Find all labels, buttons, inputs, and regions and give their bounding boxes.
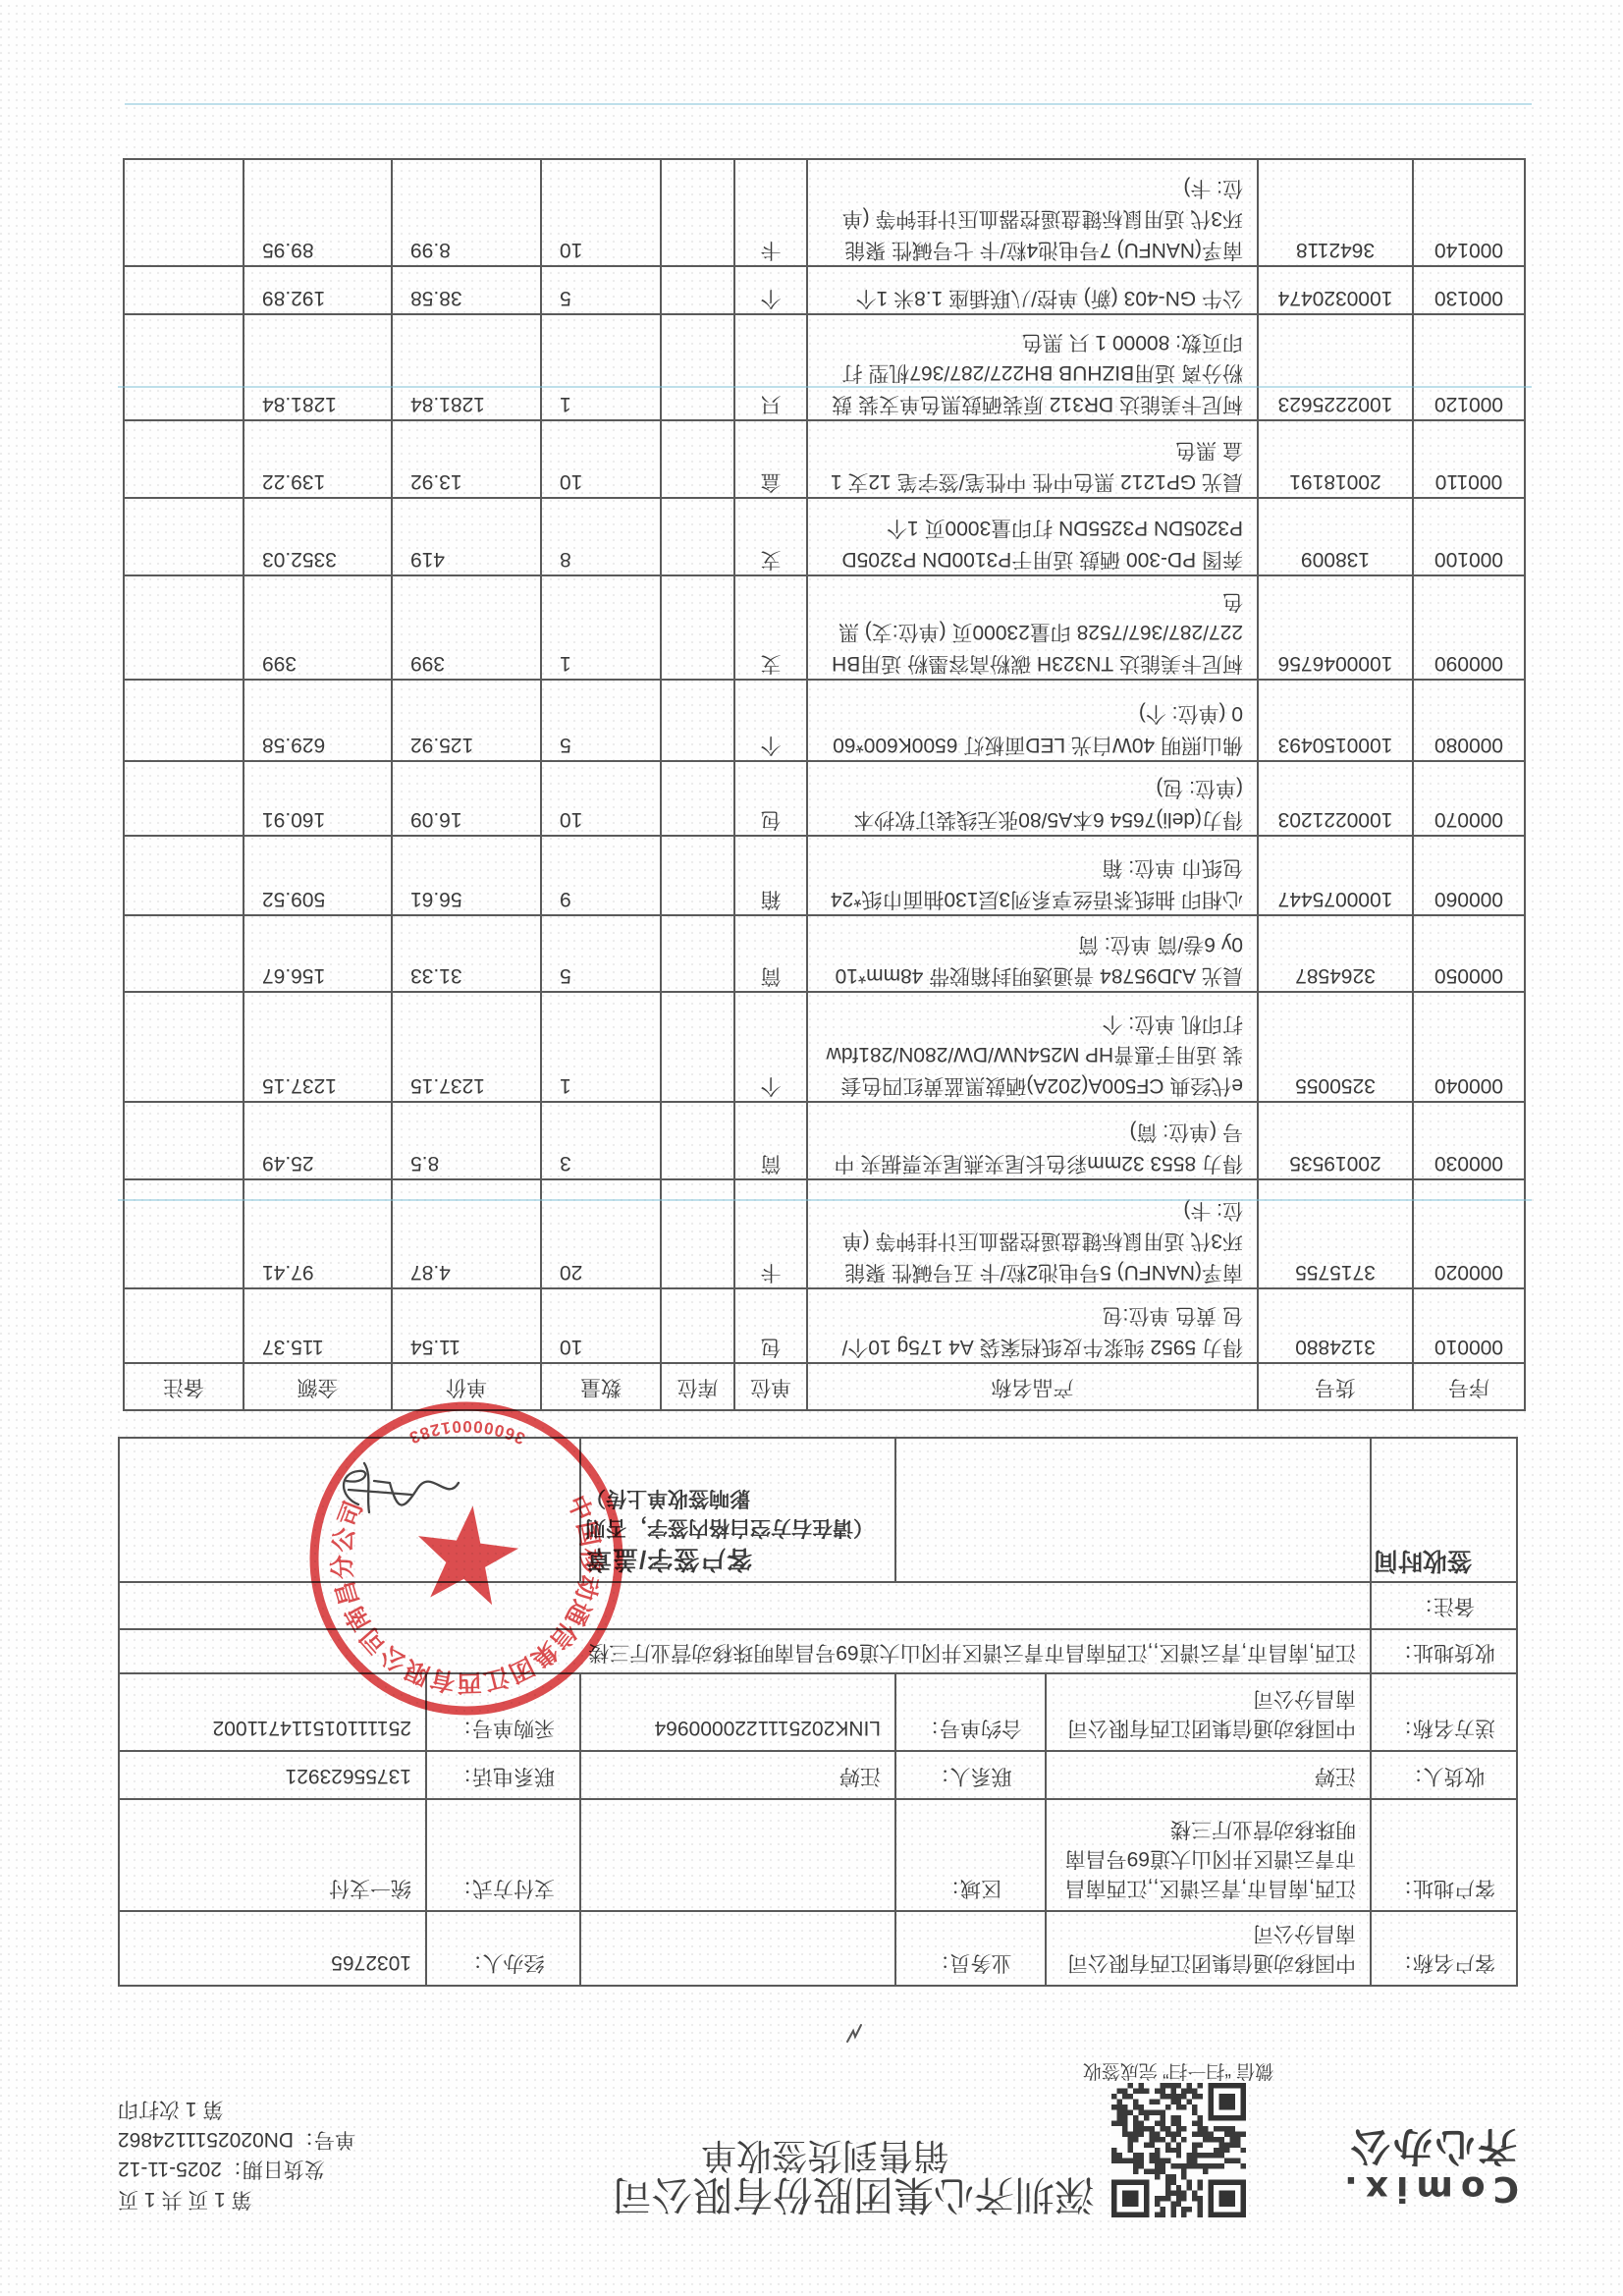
item-no: 000060	[1413, 836, 1525, 915]
item-name: 公牛 GN-403 (新) 单控/八联插座 1.8米 1个	[807, 266, 1258, 314]
phone-label: 联系电话：	[426, 1751, 580, 1799]
item-note	[124, 915, 243, 992]
item-row: 0000203715755南孚(NANFU) 5号电池2粒/卡 五号碱性 聚能环…	[124, 1179, 1525, 1288]
ship-to-label: 送方名称：	[1371, 1673, 1517, 1751]
item-no: 000140	[1413, 159, 1525, 266]
contact-label: 联系人：	[895, 1751, 1046, 1799]
item-row: 0000503264587晨光 AJD95784 普通透明封箱胶带 48mm*1…	[124, 915, 1525, 992]
item-quantity: 5	[541, 680, 661, 761]
comix-logo-chinese: 齐心办公	[1348, 2125, 1517, 2166]
item-unit-price: 125.92	[392, 680, 541, 761]
item-quantity: 1	[541, 314, 661, 420]
item-no: 000090	[1413, 575, 1525, 680]
item-unit: 盒	[734, 420, 807, 498]
item-unit-price: 11.54	[392, 1288, 541, 1363]
item-unit: 包	[734, 1288, 807, 1363]
item-sku: 3250055	[1258, 992, 1413, 1102]
customer-address-value: 江西,南昌市,青云谱区,,江西南昌市青云谱区井冈山大道69号昌南明珠移动营业厅三…	[1046, 1799, 1371, 1911]
item-location	[661, 159, 734, 266]
item-unit-price: 419	[392, 498, 541, 575]
item-note	[124, 575, 243, 680]
item-name: e代经典 CF500A(202A)硒鼓黑蓝黄红四色套装 适用于惠普HP M254…	[807, 992, 1258, 1102]
salesperson-value	[580, 1911, 895, 1986]
column-header-unit: 单位	[734, 1363, 807, 1410]
item-unit: 只	[734, 314, 807, 420]
item-quantity: 8	[541, 498, 661, 575]
item-amount: 115.37	[243, 1288, 392, 1363]
item-amount: 25.49	[243, 1102, 392, 1179]
item-unit: 卡	[734, 1179, 807, 1288]
column-header-note: 备注	[124, 1363, 243, 1410]
pen-mark-icon	[843, 2021, 865, 2045]
item-note	[124, 1179, 243, 1288]
item-unit-price: 31.33	[392, 915, 541, 992]
item-no: 000020	[1413, 1179, 1525, 1288]
item-location	[661, 761, 734, 836]
item-amount: 160.91	[243, 761, 392, 836]
seal-number-text: 36000001283	[405, 1417, 527, 1449]
item-amount: 192.89	[243, 266, 392, 314]
item-row: 0001301000320474公牛 GN-403 (新) 单控/八联插座 1.…	[124, 266, 1525, 314]
item-row: 0000403250055e代经典 CF500A(202A)硒鼓黑蓝黄红四色套装…	[124, 992, 1525, 1102]
item-location	[661, 680, 734, 761]
contact-value: 汪婷	[580, 1751, 895, 1799]
item-no: 000110	[1413, 420, 1525, 498]
item-amount: 3352.03	[243, 498, 392, 575]
item-unit-price: 8.99	[392, 159, 541, 266]
item-unit-price: 399	[392, 575, 541, 680]
order-number-label: 单号：	[294, 2128, 355, 2151]
item-no: 000130	[1413, 266, 1525, 314]
item-quantity: 5	[541, 266, 661, 314]
item-quantity: 5	[541, 915, 661, 992]
scan-artifact-line	[118, 386, 1532, 388]
item-sku: 3715755	[1258, 1179, 1413, 1288]
item-sku: 1000150493	[1258, 680, 1413, 761]
items-table: 序号 货号 产品名称 单位 库位 数量 单价 金额 备注 00001031248…	[123, 158, 1526, 1411]
item-no: 000010	[1413, 1288, 1525, 1363]
seal-number: 36000001283	[405, 1417, 527, 1449]
item-location	[661, 992, 734, 1102]
item-row: 0001403642118南孚(NANFU) 7号电池4粒/卡 七号碱性 聚能环…	[124, 159, 1525, 266]
item-note	[124, 420, 243, 498]
payment-method-label: 支付方式：	[426, 1799, 580, 1911]
qr-caption: 微信 “扫一扫” 完成签收	[1073, 2053, 1283, 2087]
item-sku: 1002225623	[1258, 314, 1413, 420]
order-number-value: DN0202511124862	[118, 2128, 294, 2151]
item-name: 晨光 AJD95784 普通透明封箱胶带 48mm*100y 6卷/筒 单位: …	[807, 915, 1258, 992]
customer-name-label: 客户名称：	[1371, 1911, 1517, 1986]
item-quantity: 10	[541, 1288, 661, 1363]
item-unit-price: 8.5	[392, 1102, 541, 1179]
item-no: 000070	[1413, 761, 1525, 836]
item-amount: 509.52	[243, 836, 392, 915]
item-name: 南孚(NANFU) 7号电池4粒/卡 七号碱性 聚能环3代 适用鼠标键盘遥控器血…	[807, 159, 1258, 266]
handler-label: 经办人：	[426, 1911, 580, 1986]
handler-value: 1032765	[119, 1911, 426, 1986]
ship-date-label: 发货日期：	[222, 2158, 325, 2180]
item-unit: 支	[734, 498, 807, 575]
sign-time-label: 签收时间	[1371, 1438, 1517, 1582]
item-note	[124, 992, 243, 1102]
document-meta: 第 1 页 共 1 页 发货日期：2025-11-12 单号：DN0202511…	[118, 2093, 355, 2214]
item-row: 0000103124880得力 5952 纯浆牛皮纸档案袋 A4 175g 10…	[124, 1288, 1525, 1363]
customer-address-row: 客户地址： 江西,南昌市,青云谱区,,江西南昌市青云谱区井冈山大道69号昌南明珠…	[119, 1799, 1517, 1911]
item-no: 000040	[1413, 992, 1525, 1102]
item-name: 得力 5952 纯浆牛皮纸档案袋 A4 175g 10个/包 黄色 单位:包	[807, 1288, 1258, 1363]
item-unit: 支	[734, 575, 807, 680]
salesperson-label: 业务员：	[895, 1911, 1046, 1986]
column-header-no: 序号	[1413, 1363, 1525, 1410]
document-title: 销售到货签收单	[677, 2134, 972, 2177]
column-header-product-name: 产品名称	[807, 1363, 1258, 1410]
item-quantity: 20	[541, 1179, 661, 1288]
item-unit-price: 38.58	[392, 266, 541, 314]
item-name: 佛山照明 40W白光 LED面板灯 6500K600*600 (单位: 个)	[807, 680, 1258, 761]
item-sku: 3124880	[1258, 1288, 1413, 1363]
item-row: 0001201002225623柯尼卡美能达 DR312 原装硒鼓黑色单支装 鼓…	[124, 314, 1525, 420]
item-name: 南孚(NANFU) 5号电池2粒/卡 五号碱性 聚能环3代 适用鼠标键盘遥控器血…	[807, 1179, 1258, 1288]
item-unit: 卡	[734, 159, 807, 266]
item-quantity: 3	[541, 1102, 661, 1179]
item-row: 00003020019535得力 8553 32mm彩色长尾夹燕尾夹票据夹 中号…	[124, 1102, 1525, 1179]
ship-to-value: 中国移动通信集团江西有限公司南昌分公司	[1046, 1673, 1371, 1751]
item-quantity: 9	[541, 836, 661, 915]
item-amount: 139.22	[243, 420, 392, 498]
item-note	[124, 1102, 243, 1179]
item-note	[124, 761, 243, 836]
item-location	[661, 266, 734, 314]
item-name: 晨光 GP1212 黑色中性 中性笔/签字笔 12支 1盒 黑色	[807, 420, 1258, 498]
item-unit: 箱	[734, 836, 807, 915]
receiver-row: 收货人： 汪婷 联系人： 汪婷 联系电话： 13755623921	[119, 1751, 1517, 1799]
item-unit-price: 16.09	[392, 761, 541, 836]
item-no: 000050	[1413, 915, 1525, 992]
sales-delivery-receipt-page: Comix. 齐心办公 微信 “扫一扫” 完成签收 深圳齐心集团股份有限公司 销…	[0, 0, 1623, 2296]
item-unit: 个	[734, 680, 807, 761]
item-quantity: 1	[541, 992, 661, 1102]
company-name: 深圳齐心集团股份有限公司	[608, 2172, 1099, 2217]
scan-artifact-line	[118, 1199, 1532, 1201]
item-sku: 20018191	[1258, 420, 1413, 498]
item-amount: 1237.15	[243, 992, 392, 1102]
item-unit: 包	[734, 761, 807, 836]
item-sku: 1000046756	[1258, 575, 1413, 680]
ship-date: 发货日期：2025-11-12	[118, 2154, 355, 2184]
customer-name-value: 中国移动通信集团江西有限公司南昌分公司	[1046, 1911, 1371, 1986]
item-unit: 个	[734, 266, 807, 314]
item-note	[124, 680, 243, 761]
item-sku: 3264587	[1258, 915, 1413, 992]
item-location	[661, 836, 734, 915]
item-note	[124, 159, 243, 266]
item-location	[661, 575, 734, 680]
item-location	[661, 420, 734, 498]
column-header-location: 库位	[661, 1363, 734, 1410]
item-amount: 399	[243, 575, 392, 680]
item-note	[124, 836, 243, 915]
item-quantity: 10	[541, 761, 661, 836]
item-sku: 3642118	[1258, 159, 1413, 266]
item-unit-price: 56.61	[392, 836, 541, 915]
item-row: 0000701000221203得力(deli)7654 6本A5/80张无线装…	[124, 761, 1525, 836]
region-label: 区域：	[895, 1799, 1046, 1911]
item-sku: 1000075447	[1258, 836, 1413, 915]
item-amount: 156.67	[243, 915, 392, 992]
print-count: 第 1 次打印	[118, 2093, 355, 2123]
item-note	[124, 1288, 243, 1363]
qr-code-icon	[1111, 2083, 1246, 2217]
item-row: 000100138009奔图 PD-300 硒鼓 适用于P3100DN P320…	[124, 498, 1525, 575]
item-amount: 629.58	[243, 680, 392, 761]
item-sku: 20019535	[1258, 1102, 1413, 1179]
order-number: 单号：DN0202511124862	[118, 2123, 355, 2154]
item-location	[661, 915, 734, 992]
item-row: 0000901000046756柯尼卡美能达 TN323H 碳粉高容墨粉 适用B…	[124, 575, 1525, 680]
item-unit: 个	[734, 992, 807, 1102]
region-value	[580, 1799, 895, 1911]
page-indicator: 第 1 页 共 1 页	[118, 2183, 355, 2214]
item-no: 000100	[1413, 498, 1525, 575]
item-sku: 1000221203	[1258, 761, 1413, 836]
item-quantity: 1	[541, 575, 661, 680]
item-unit: 筒	[734, 1102, 807, 1179]
handwritten-signature	[331, 1450, 468, 1524]
item-row: 0000801000150493佛山照明 40W白光 LED面板灯 6500K6…	[124, 680, 1525, 761]
item-quantity: 10	[541, 420, 661, 498]
item-name: 奔图 PD-300 硒鼓 适用于P3100DN P3205D P3205DN P…	[807, 498, 1258, 575]
item-note	[124, 314, 243, 420]
item-no: 000030	[1413, 1102, 1525, 1179]
item-no: 000120	[1413, 314, 1525, 420]
comix-logo-text: Comix.	[1336, 2170, 1519, 2206]
customer-name-row: 客户名称： 中国移动通信集团江西有限公司南昌分公司 业务员： 经办人： 1032…	[119, 1911, 1517, 1986]
item-unit-price: 4.87	[392, 1179, 541, 1288]
item-unit-price: 1281.84	[392, 314, 541, 420]
item-location	[661, 314, 734, 420]
customer-address-label: 客户地址：	[1371, 1799, 1517, 1911]
scan-artifact-line	[125, 103, 1532, 105]
item-unit-price: 13.92	[392, 420, 541, 498]
column-header-sku: 货号	[1258, 1363, 1413, 1410]
item-no: 000080	[1413, 680, 1525, 761]
item-row: 00011020018191晨光 GP1212 黑色中性 中性笔/签字笔 12支…	[124, 420, 1525, 498]
item-unit: 筒	[734, 915, 807, 992]
item-location	[661, 1288, 734, 1363]
item-location	[661, 1102, 734, 1179]
phone-value: 13755623921	[119, 1751, 426, 1799]
company-seal-stamp: 中国移动通信集团江西有限公司南昌分公司 36000001283	[299, 1392, 633, 1725]
item-location	[661, 1179, 734, 1288]
item-name: 得力(deli)7654 6本A5/80张无线装订软抄本 (单位: 包)	[807, 761, 1258, 836]
item-row: 0000601000075447心相印 抽纸茶语丝享系列3层130抽面巾纸*24…	[124, 836, 1525, 915]
item-amount: 1281.84	[243, 314, 392, 420]
item-note	[124, 266, 243, 314]
receiver-label: 收货人：	[1371, 1751, 1517, 1799]
item-sku: 1000320474	[1258, 266, 1413, 314]
item-amount: 89.95	[243, 159, 392, 266]
contract-number-label: 合约单号：	[895, 1673, 1046, 1751]
item-amount: 97.41	[243, 1179, 392, 1288]
remark-label: 备注：	[1371, 1582, 1517, 1629]
item-name: 得力 8553 32mm彩色长尾夹燕尾夹票据夹 中号 (单位: 筒)	[807, 1102, 1258, 1179]
sign-time-value	[895, 1438, 1371, 1582]
item-name: 柯尼卡美能达 TN323H 碳粉高容墨粉 适用BH227/287/367/752…	[807, 575, 1258, 680]
delivery-address-label: 收货地址：	[1371, 1629, 1517, 1673]
item-quantity: 10	[541, 159, 661, 266]
item-name: 心相印 抽纸茶语丝享系列3层130抽面巾纸*24包纸巾 单位: 箱	[807, 836, 1258, 915]
receiver-value: 汪婷	[1046, 1751, 1371, 1799]
ship-date-value: 2025-11-12	[118, 2158, 222, 2180]
item-name: 柯尼卡美能达 DR312 原装硒鼓黑色单支装 鼓粉分离 适用BIZHUB BH2…	[807, 314, 1258, 420]
payment-method-value: 统一支付	[119, 1799, 426, 1911]
item-location	[661, 498, 734, 575]
item-unit-price: 1237.15	[392, 992, 541, 1102]
item-note	[124, 498, 243, 575]
item-sku: 138009	[1258, 498, 1413, 575]
